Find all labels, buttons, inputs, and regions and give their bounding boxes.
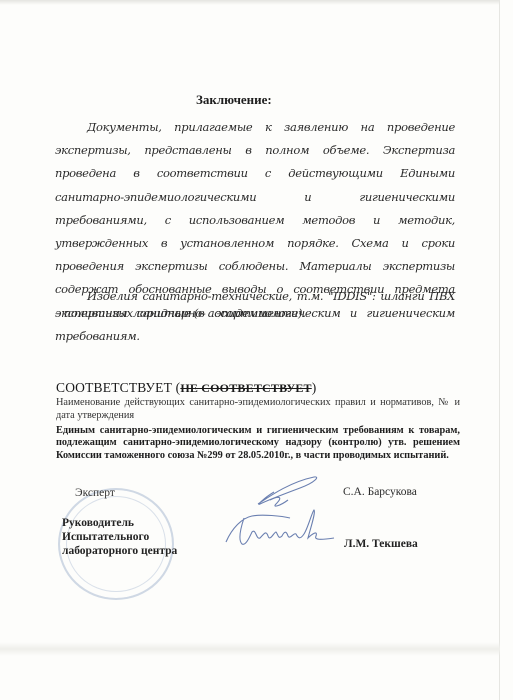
- head-label-line: Руководитель: [62, 516, 177, 530]
- expert-name: С.А. Барсукова: [343, 486, 417, 498]
- head-name: Л.М. Текшева: [344, 538, 418, 550]
- head-label-line: Испытательного: [62, 530, 177, 544]
- head-label: Руководитель Испытательного лабораторног…: [62, 516, 177, 558]
- page-top-shadow: [0, 0, 500, 5]
- verdict-struck: НЕ СООТВЕТСТВУЕТ: [180, 381, 311, 395]
- product-paragraph: Изделия санитарно-технические, т.м. "IDD…: [55, 288, 455, 322]
- expert-signature-icon: [250, 474, 320, 510]
- conclusion-heading: Заключение:: [196, 92, 272, 108]
- page-edge: [499, 0, 500, 700]
- scan-artifact: [0, 642, 500, 656]
- verdict-close-paren: ): [312, 380, 317, 395]
- verdict-main: СООТВЕТСТВУЕТ: [56, 380, 172, 395]
- head-label-line: лабораторного центра: [62, 544, 177, 558]
- norms-label: Наименование действующих санитарно-эпиде…: [56, 396, 460, 422]
- norms-value: Единым санитарно-эпидемиологическим и ги…: [56, 425, 460, 462]
- verdict: СООТВЕТСТВУЕТ (НЕ СООТВЕТСТВУЕТ): [56, 380, 316, 396]
- product-text: Изделия санитарно-технические, т.м. "IDD…: [55, 288, 455, 322]
- expert-label: Эксперт: [75, 487, 115, 499]
- head-signature-icon: [222, 508, 342, 550]
